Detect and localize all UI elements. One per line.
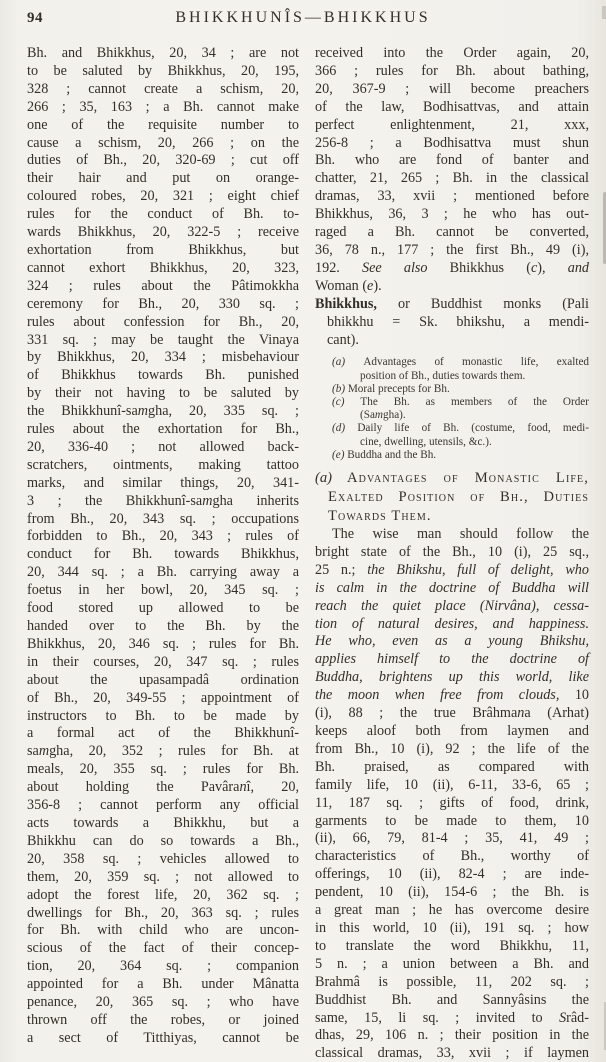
text-line: tion of natural desires, and happiness. (315, 616, 589, 634)
text-line: (i), 88 ; the true Brâhmana (Arhat) (315, 705, 589, 723)
text-line: from Bh., 20, 343 sq. ; occupations (27, 511, 299, 529)
text-line: scious of the fact of their concep- (27, 940, 299, 958)
text-line: perfect enlightenment, 21, xxx, (315, 117, 589, 135)
text-line: is calm in the doctrine of Buddha will (315, 580, 589, 598)
text-line: Bh. praised, as compared with (315, 759, 589, 777)
text-line: (a) Advantages of Monastic Life, (315, 469, 589, 488)
text-line: Bhikkhus, 20, 346 sq. ; rules for Bh. (27, 636, 299, 654)
text-line: dhas, 29, 106 n. ; their position in the (315, 1027, 589, 1045)
text-line: characteristics of Bh., worthy of (315, 848, 589, 866)
running-title: BHIKKHUNÎS—BHIKKHUS (0, 9, 606, 27)
text-line: 36, 78 n., 177 ; the first Bh., 49 (i), (315, 242, 589, 260)
text-line: (ii), 66, 79, 81-4 ; 35, 41, 49 ; (315, 830, 589, 848)
text-line: one of the requisite number to (27, 117, 299, 135)
right-column: received into the Order again, 20,366 ; … (315, 45, 589, 1062)
page-header: 94 BHIKKHUNÎS—BHIKKHUS (0, 9, 606, 35)
text-line: penance, 20, 365 sq. ; who have (27, 994, 299, 1012)
text-line: by Bhikkhus, 20, 334 ; misbehaviour (27, 349, 299, 367)
text-line: 20, 344 sq. ; a Bh. carrying away a (27, 564, 299, 582)
text-line: He who, even as a young Bhikshu, (315, 633, 589, 651)
text-line: to be saluted by Bhikkhus, 20, 195, (27, 63, 299, 81)
text-line: Exalted Position of Bh., Duties (315, 488, 589, 507)
text-line: in their courses, 20, 347 sq. ; rules (27, 654, 299, 672)
text-line: by their not having to be saluted by (27, 385, 299, 403)
text-line: bhikkhu = Sk. bhikshu, a mendi- (315, 314, 589, 332)
text-line: them, 20, 359 sq. ; not allowed to (27, 869, 299, 887)
text-line: dwellings for Bh., 20, 363 sq. ; rules (27, 905, 299, 923)
text-line: rules about the exhortation for Bh., (27, 421, 299, 439)
text-line: acts towards a Bhikkhu, but a (27, 815, 299, 833)
text-line: cant). (315, 332, 589, 350)
text-line: rules for the conduct of Bh. to- (27, 206, 299, 224)
text-line: marks, and similar things, 20, 341- (27, 475, 299, 493)
book-page: 94 BHIKKHUNÎS—BHIKKHUS Bh. and Bhikkhus,… (0, 0, 606, 1062)
text-line: of Bh., 20, 349-55 ; appointment of (27, 690, 299, 708)
text-line: Brahmâ is possible, 11, 202 sq. ; (315, 974, 589, 992)
text-line: pendent, 10 (ii), 154-6 ; the Bh. is (315, 884, 589, 902)
text-line: instructors to Bh. to be made by (27, 708, 299, 726)
text-line: 266 ; 35, 163 ; a Bh. cannot make (27, 99, 299, 117)
text-line: ceremony for Bh., 20, 330 sq. ; (27, 296, 299, 314)
text-line: for Bh. with child who are uncon- (27, 922, 299, 940)
text-line: of Bhikkhus towards Bh. punished (27, 367, 299, 385)
text-line: Bh. who are fond of banter and (315, 152, 589, 170)
text-line: Bh. and Bhikkhus, 20, 34 ; are not (27, 45, 299, 63)
text-line: chatter, 21, 265 ; Bh. in the classical (315, 170, 589, 188)
text-line: Bhikkhu can do so towards a Bh., (27, 833, 299, 851)
text-line: cine, dwelling, utensils, &c.). (315, 436, 589, 449)
text-line: food stored up allowed to be (27, 600, 299, 618)
text-line: 356-8 ; cannot perform any official (27, 797, 299, 815)
text-line: 20, 367-9 ; will become preachers (315, 81, 589, 99)
text-line: of the law, Bodhisattvas, and attain (315, 99, 589, 117)
text-columns: Bh. and Bhikkhus, 20, 34 ; are notto be … (27, 45, 589, 1062)
text-line: forbidden to Bh., 20, 343 ; rules of (27, 528, 299, 546)
text-line: about holding the Pavâranî, 20, (27, 779, 299, 797)
text-line: (a) Advantages of monastic life, exalted (315, 356, 589, 369)
text-line: a great man ; he has overcome desire (315, 902, 589, 920)
text-line: dramas, 33, xvii ; mentioned before (315, 188, 589, 206)
text-line: to translate the word Bhikkhu, 11, (315, 938, 589, 956)
text-line: Buddhist Bh. and Sannyâsins the (315, 992, 589, 1010)
page-number: 94 (27, 10, 43, 27)
text-line: Bhikkhus, 36, 3 ; he who has out- (315, 206, 589, 224)
text-line: family life, 10 (ii), 6-11, 33-6, 65 ; (315, 777, 589, 795)
text-line: 331 sq. ; may be taught the Vinaya (27, 332, 299, 350)
text-line: tion, 20, 364 sq. ; companion (27, 958, 299, 976)
text-line: duties of Bh., 20, 320-69 ; cut off (27, 152, 299, 170)
text-line: Bhikkhus, or Buddhist monks (Pali (315, 296, 589, 314)
text-line: samgha, 20, 352 ; rules for Bh. at (27, 743, 299, 761)
text-line: from Bh., 10 (i), 92 ; the life of the (315, 741, 589, 759)
text-line: same, 15, li sq. ; invited to Srâd- (315, 1010, 589, 1028)
text-line: meals, 20, 355 sq. ; rules for Bh. (27, 761, 299, 779)
text-line: 324 ; rules about the Pâtimokkha (27, 278, 299, 296)
text-line: Woman (e). (315, 278, 589, 296)
text-line: (c) The Bh. as members of the Order (315, 396, 589, 409)
text-line: 328 ; cannot create a schism, 20, (27, 81, 299, 99)
text-line: adopt the forest life, 20, 362 sq. ; (27, 887, 299, 905)
text-line: garments to be made to them, 10 (315, 813, 589, 831)
text-line: 192. See also Bhikkhus (c), and (315, 260, 589, 278)
text-line: their hair and put on orange- (27, 170, 299, 188)
scan-edge-artifact (602, 6, 606, 19)
text-line: a formal act of the Bhikkhunî- (27, 725, 299, 743)
text-line: 25 n.; the Bhikshu, full of delight, who (315, 562, 589, 580)
text-line: coloured robes, 20, 321 ; eight chief (27, 188, 299, 206)
text-line: (b) Moral precepts for Bh. (315, 383, 589, 396)
left-column: Bh. and Bhikkhus, 20, 34 ; are notto be … (27, 45, 299, 1062)
text-line: 3 ; the Bhikkhunî-samgha inherits (27, 493, 299, 511)
text-line: appointed for a Bh. under Mânatta (27, 976, 299, 994)
text-line: raged a Bh. cannot be converted, (315, 224, 589, 242)
text-line: The wise man should follow the (315, 526, 589, 544)
text-line: cannot exhort Bhikkhus, 20, 323, (27, 260, 299, 278)
text-line: (d) Daily life of Bh. (costume, food, me… (315, 422, 589, 435)
text-line: handed over to the Bh. by the (27, 618, 299, 636)
text-line: in this world, 10 (ii), 191 sq. ; how (315, 920, 589, 938)
text-line: conduct for Bh. towards Bhikkhus, (27, 546, 299, 564)
text-line: received into the Order again, 20, (315, 45, 589, 63)
text-line: the moon when free from clouds, 10 (315, 687, 589, 705)
text-line: (Samgha). (315, 409, 589, 422)
text-line: position of Bh., duties towards them. (315, 370, 589, 383)
text-line: applies himself to the doctrine of (315, 651, 589, 669)
text-line: rules about confession for Bh., 20, (27, 314, 299, 332)
text-line: scratchers, ointments, making tattoo (27, 457, 299, 475)
text-line: about the upasampadâ ordination (27, 672, 299, 690)
text-line: keeps aloof both from laymen and (315, 723, 589, 741)
text-line: the Bhikkhunî-samgha, 20, 335 sq. ; (27, 403, 299, 421)
text-line: wards Bhikkhus, 20, 322-5 ; receive (27, 224, 299, 242)
text-line: foetus in her bowl, 20, 345 sq. ; (27, 582, 299, 600)
text-line: classical dramas, 33, xvii ; if laymen (315, 1045, 589, 1062)
text-line: 11, 187 sq. ; gifts of food, drink, (315, 795, 589, 813)
text-line: 20, 336-40 ; not allowed back- (27, 439, 299, 457)
text-line: offerings, 10 (ii), 82-4 ; are inde- (315, 866, 589, 884)
text-line: 5 n. ; a union between a Bh. and (315, 956, 589, 974)
text-line: Buddha, brightens up this world, like (315, 669, 589, 687)
text-line: reach the quiet place (Nirvâna), cessa- (315, 598, 589, 616)
text-line: 366 ; rules for Bh. about bathing, (315, 63, 589, 81)
text-line: exhortation from Bhikkhus, but (27, 242, 299, 260)
text-line: 256-8 ; a Bodhisattva must shun (315, 135, 589, 153)
text-line: a sect of Titthiyas, cannot be (27, 1030, 299, 1048)
text-line: 20, 358 sq. ; vehicles allowed to (27, 851, 299, 869)
text-line: thrown off the robes, or joined (27, 1012, 299, 1030)
text-line: Towards Them. (315, 507, 589, 526)
text-line: bright state of the Bh., 10 (i), 25 sq., (315, 544, 589, 562)
text-line: (e) Buddha and the Bh. (315, 449, 589, 462)
text-line: cause a schism, 20, 266 ; on the (27, 135, 299, 153)
